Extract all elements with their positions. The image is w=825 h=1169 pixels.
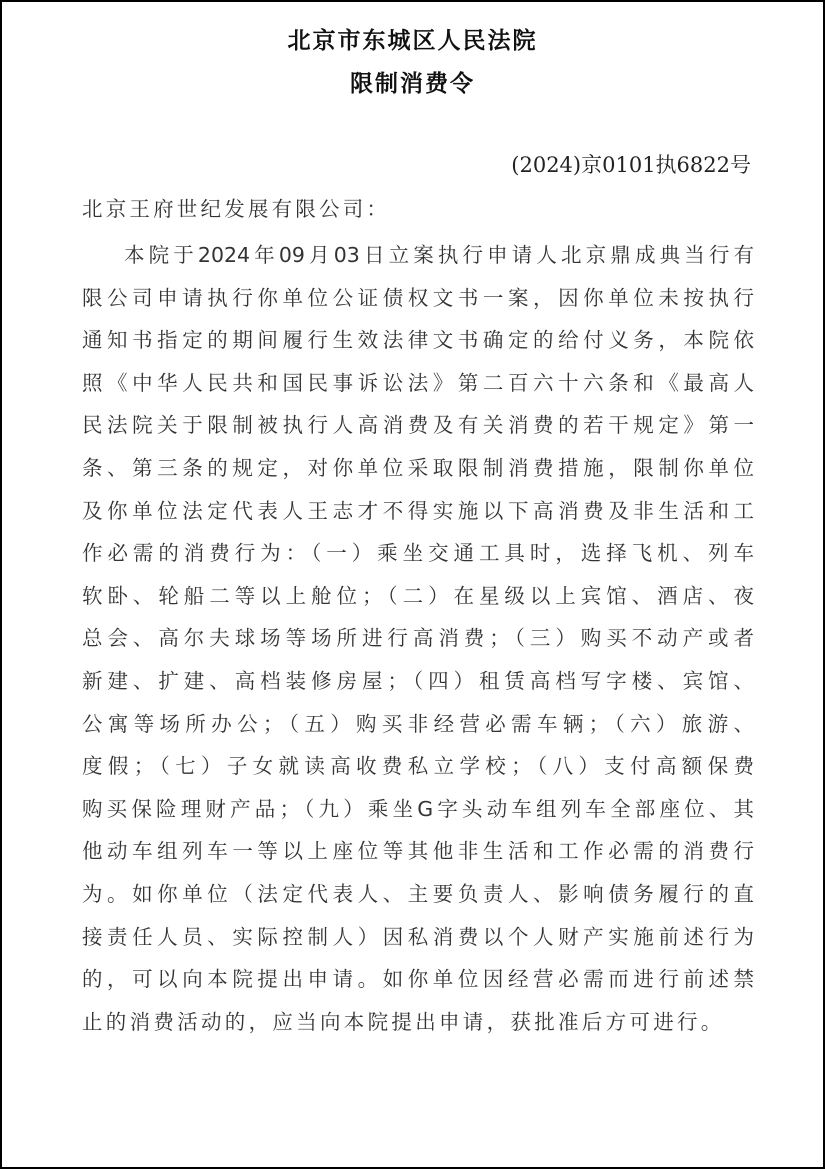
body-line: 度假；（七）子女就读高收费私立学校；（八）支付高额保费: [82, 745, 754, 788]
body-line: 新建、扩建、高档装修房屋；（四）租赁高档写字楼、宾馆、: [82, 660, 754, 703]
body-line: 作必需的消费行为：（一）乘坐交通工具时，选择飞机、列车: [82, 532, 754, 575]
body-line: 本院于2024年09月03日立案执行申请人北京鼎成典当行有: [82, 234, 754, 277]
body-line: 止的消费活动的，应当向本院提出申请，获批准后方可进行。: [82, 1001, 754, 1044]
body-line: 他动车组列车一等以上座位等其他非生活和工作必需的消费行: [82, 830, 754, 873]
body-line: 公寓等场所办公；（五）购买非经营必需车辆；（六）旅游、: [82, 703, 754, 746]
body-line: 的，可以向本院提出申请。如你单位因经营必需而进行前述禁: [82, 958, 754, 1001]
body-line: 总会、高尔夫球场等场所进行高消费；（三）购买不动产或者: [82, 617, 754, 660]
body-line: 为。如你单位（法定代表人、主要负责人、影响债务履行的直: [82, 873, 754, 916]
body-line: 及你单位法定代表人王志才不得实施以下高消费及非生活和工: [82, 490, 754, 533]
body-line: 民法院关于限制被执行人高消费及有关消费的若干规定》第一: [82, 404, 754, 447]
case-number: (2024)京0101执6822号: [511, 149, 751, 179]
document-title: 限制消费令: [2, 65, 823, 98]
body-line: 通知书指定的期间履行生效法律文书确定的给付义务，本院依: [82, 319, 754, 362]
body-line: 接责任人员、实际控制人）因私消费以个人财产实施前述行为: [82, 916, 754, 959]
document-page: 北京市东城区人民法院 限制消费令 (2024)京0101执6822号 北京王府世…: [0, 0, 825, 1169]
body-line: 软卧、轮船二等以上舱位；（二）在星级以上宾馆、酒店、夜: [82, 575, 754, 618]
document-body: 本院于2024年09月03日立案执行申请人北京鼎成典当行有 限公司申请执行你单位…: [82, 234, 754, 1043]
body-line: 购买保险理财产品；（九）乘坐G字头动车组列车全部座位、其: [82, 788, 754, 831]
body-line: 照《中华人民共和国民事诉讼法》第二百六十六条和《最高人: [82, 362, 754, 405]
body-line: 限公司申请执行你单位公证债权文书一案，因你单位未按执行: [82, 277, 754, 320]
addressee: 北京王府世纪发展有限公司：: [82, 192, 390, 222]
court-name: 北京市东城区人民法院: [2, 22, 823, 55]
body-line: 条、第三条的规定，对你单位采取限制消费措施，限制你单位: [82, 447, 754, 490]
